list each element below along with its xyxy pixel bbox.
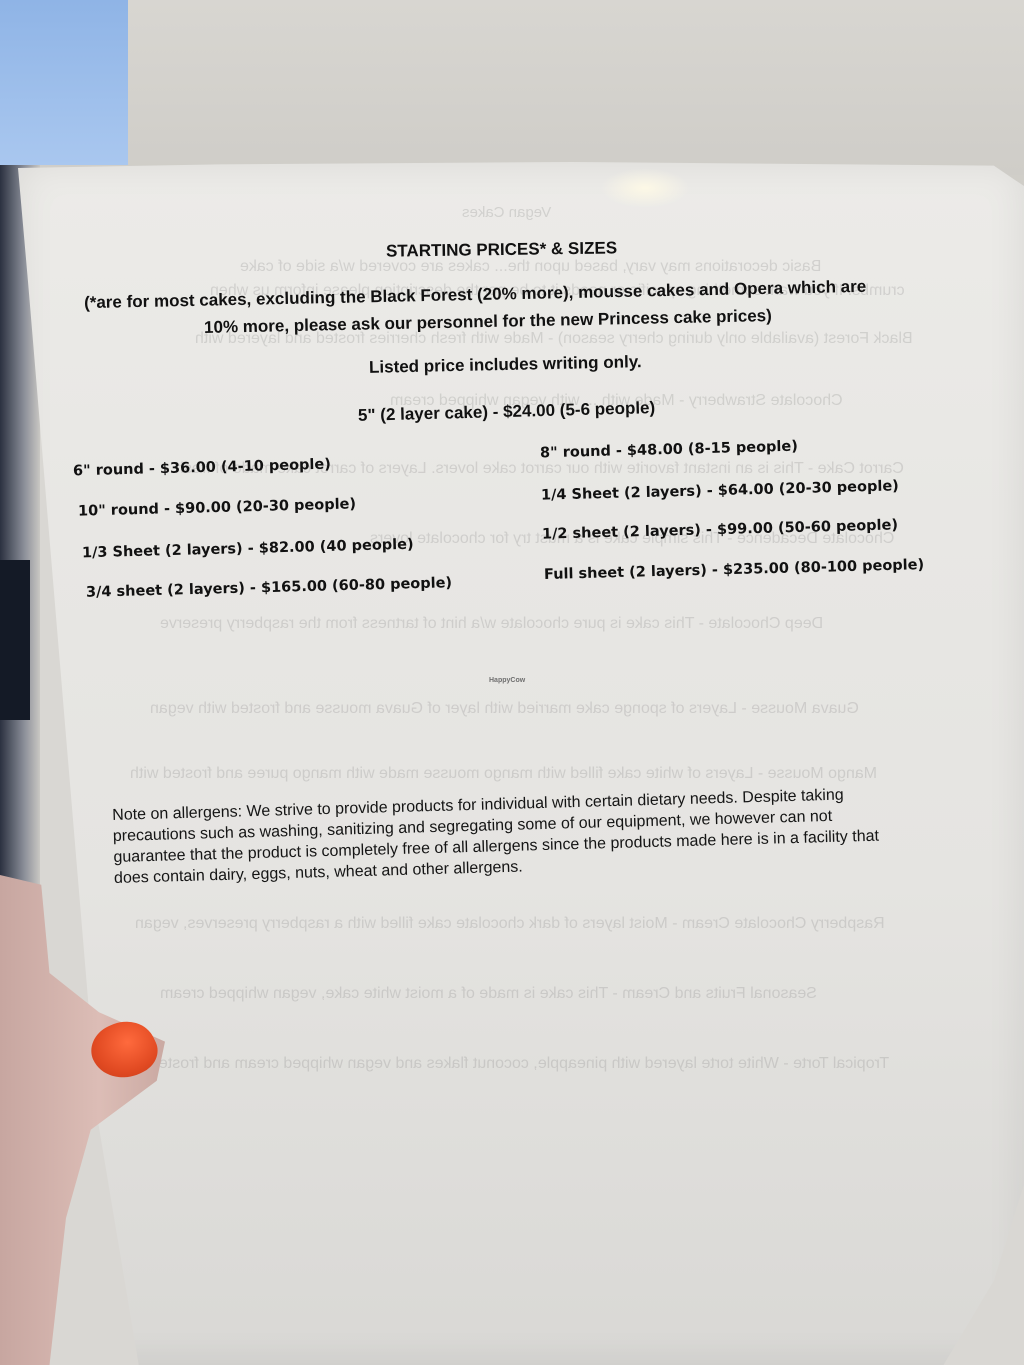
size-6-inch-round: 6" round - $36.00 (4-10 people) bbox=[73, 457, 331, 480]
footnote-line-2: 10% more, please ask our personnel for t… bbox=[204, 306, 772, 338]
size-half-sheet: 1/2 sheet (2 layers) - $99.00 (50-60 peo… bbox=[542, 517, 898, 542]
allergen-note: Note on allergens: We strive to provide … bbox=[112, 780, 994, 889]
size-third-sheet: 1/3 Sheet (2 layers) - $82.00 (40 people… bbox=[82, 537, 414, 562]
happycow-watermark: HappyCow bbox=[489, 677, 525, 684]
size-8-inch-round: 8" round - $48.00 (8-15 people) bbox=[540, 439, 798, 462]
price-sheet-content: STARTING PRICES* & SIZES (*are for most … bbox=[0, 0, 1024, 1365]
sheet-title: STARTING PRICES* & SIZES bbox=[386, 238, 617, 261]
size-10-inch-round: 10" round - $90.00 (20-30 people) bbox=[78, 496, 356, 519]
writing-note: Listed price includes writing only. bbox=[369, 352, 642, 378]
size-full-sheet: Full sheet (2 layers) - $235.00 (80-100 … bbox=[544, 557, 924, 583]
size-three-quarter-sheet: 3/4 sheet (2 layers) - $165.00 (60-80 pe… bbox=[86, 575, 452, 601]
size-5-inch: 5" (2 layer cake) - $24.00 (5-6 people) bbox=[358, 398, 656, 426]
size-quarter-sheet: 1/4 Sheet (2 layers) - $64.00 (20-30 peo… bbox=[541, 478, 899, 503]
